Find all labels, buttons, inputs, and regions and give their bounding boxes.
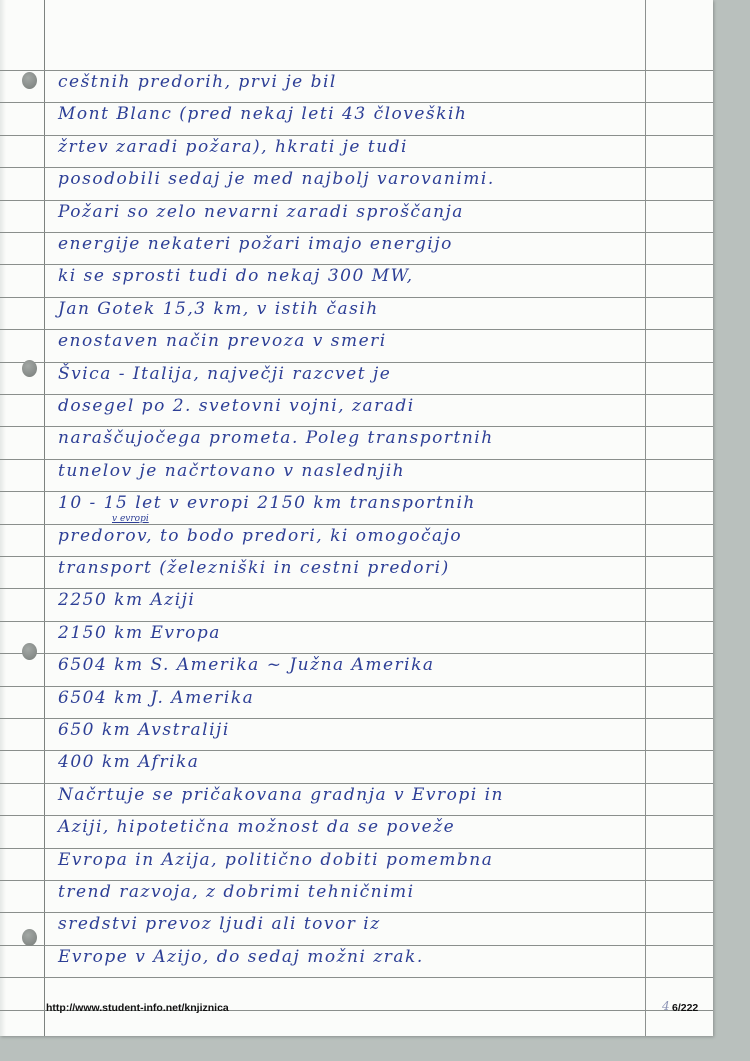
handwritten-line: 6504 km J. Amerika: [58, 682, 254, 714]
footer-url: http://www.student-info.net/knjiznica: [46, 1002, 229, 1014]
handwritten-line: 6504 km S. Amerika ~ Južna Amerika: [58, 649, 435, 681]
handwritten-line: trend razvoja, z dobrimi tehničnimi: [58, 876, 415, 908]
handwritten-line: predorov, to bodo predori, ki omogočajo: [58, 520, 462, 552]
page-mark: 4: [662, 999, 670, 1013]
notebook-page: ceštnih predorih, prvi je bilMont Blanc …: [0, 0, 713, 1036]
handwritten-line: enostaven način prevoza v smeri: [58, 325, 387, 357]
handwritten-line: Evrope v Azijo, do sedaj možni zrak.: [58, 941, 424, 973]
handwritten-line: 400 km Afrika: [58, 746, 199, 778]
handwritten-insertion: v evropi: [112, 514, 149, 524]
punch-hole: [22, 929, 37, 946]
handwritten-line: Jan Gotek 15,3 km, v istih časih: [58, 293, 379, 325]
handwritten-line: Švica - Italija, največji razcvet je: [58, 358, 391, 390]
handwritten-line: Evropa in Azija, politično dobiti pomemb…: [58, 844, 493, 876]
handwritten-line: Mont Blanc (pred nekaj leti 43 človeških: [58, 98, 467, 130]
handwritten-line: 650 km Avstraliji: [58, 714, 230, 746]
page-number: 6/222: [672, 1002, 698, 1014]
handwritten-line: Aziji, hipotetična možnost da se poveže: [58, 811, 455, 843]
handwritten-line: Požari so zelo nevarni zaradi sproščanja: [58, 196, 464, 228]
handwritten-line: 2150 km Evropa: [58, 617, 221, 649]
punch-hole: [22, 72, 37, 89]
punch-hole: [22, 643, 37, 660]
handwritten-line: ceštnih predorih, prvi je bil: [58, 66, 337, 98]
handwritten-line: naraščujočega prometa. Poleg transportni…: [58, 422, 494, 454]
handwritten-line: energije nekateri požari imajo energijo: [58, 228, 453, 260]
handwritten-line: dosegel po 2. svetovni vojni, zaradi: [58, 390, 415, 422]
ruled-line: [0, 977, 713, 978]
handwritten-line: Načrtuje se pričakovana gradnja v Evropi…: [58, 779, 504, 811]
punch-hole: [22, 360, 37, 377]
handwritten-line: transport (železniški in cestni predori): [58, 552, 450, 584]
handwritten-line: 2250 km Aziji: [58, 584, 195, 616]
handwritten-line: sredstvi prevoz ljudi ali tovor iz: [58, 908, 381, 940]
handwritten-line: tunelov je načrtovano v naslednjih: [58, 455, 405, 487]
handwritten-line: žrtev zaradi požara), hkrati je tudi: [58, 131, 408, 163]
handwritten-line: ki se sprosti tudi do nekaj 300 MW,: [58, 260, 414, 292]
handwritten-line: posodobili sedaj je med najbolj varovani…: [58, 163, 495, 195]
